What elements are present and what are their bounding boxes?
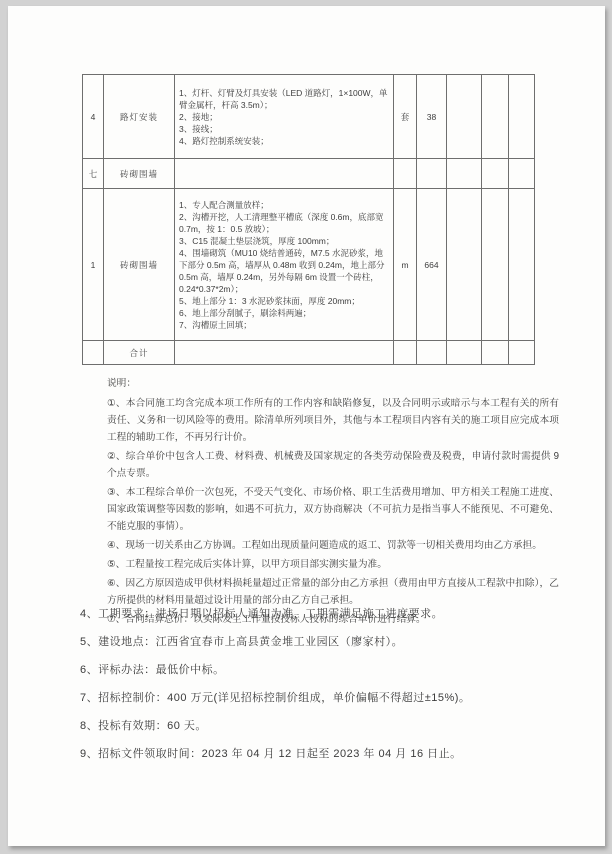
note-item-3: ③、本工程综合单价一次包死，不受天气变化、市场价格、职工生活费用增加、甲方相关工…	[107, 484, 559, 535]
clause-location: 5、建设地点：江西省宜春市上高县黄金堆工业园区（廖家村）。	[80, 634, 560, 650]
clause-control-price: 7、招标控制价：400 万元(详见招标控制价组成，单价偏幅不得超过±15%)。	[80, 690, 560, 706]
notes-heading: 说明：	[107, 375, 559, 392]
item-name-cell: 砖砌围墙	[104, 189, 175, 341]
clause-document-collection-time: 9、招标文件领取时间：2023 年 04 月 12 日起至 2023 年 04 …	[80, 746, 560, 762]
unit-cell	[394, 159, 417, 189]
empty-cell	[447, 189, 482, 341]
empty-cell	[482, 159, 509, 189]
unit-cell: 套	[394, 75, 417, 159]
seq-cell: 4	[83, 75, 104, 159]
scanned-document-page: 4 路灯安装 1、灯杆、灯臂及灯具安装（LED 道路灯，1×100W，单臂金属杆…	[8, 6, 605, 846]
seq-cell: 七	[83, 159, 104, 189]
quantity-cell: 38	[417, 75, 447, 159]
clause-evaluation-method: 6、评标办法：最低价中标。	[80, 662, 560, 678]
item-name-cell: 砖砌围墙	[104, 159, 175, 189]
bill-of-quantities-table-wrap: 4 路灯安装 1、灯杆、灯臂及灯具安装（LED 道路灯，1×100W，单臂金属杆…	[82, 74, 535, 365]
empty-cell	[509, 159, 535, 189]
empty-cell	[509, 75, 535, 159]
empty-cell	[447, 159, 482, 189]
note-item-6: ⑥、因乙方原因造成甲供材料损耗量超过正常量的部分由乙方承担（费用由甲方直接从工程…	[107, 575, 559, 609]
empty-cell	[509, 189, 535, 341]
work-description-cell	[175, 159, 394, 189]
table-row-streetlamp: 4 路灯安装 1、灯杆、灯臂及灯具安装（LED 道路灯，1×100W，单臂金属杆…	[83, 75, 535, 159]
quantity-cell	[417, 159, 447, 189]
seq-cell	[83, 341, 104, 365]
empty-cell	[509, 341, 535, 365]
seq-cell: 1	[83, 189, 104, 341]
quantity-cell: 664	[417, 189, 447, 341]
work-description-cell	[175, 341, 394, 365]
note-item-2: ②、综合单价中包含人工费、材料费、机械费及国家规定的各类劳动保险费及税费，申请付…	[107, 448, 559, 482]
item-name-cell: 路灯安装	[104, 75, 175, 159]
empty-cell	[482, 189, 509, 341]
quantity-cell	[417, 341, 447, 365]
table-row-section-brick-wall: 七 砖砌围墙	[83, 159, 535, 189]
unit-cell: m	[394, 189, 417, 341]
notes-section: 说明： ①、本合同施工均含完成本项工作所有的工作内容和缺陷修复，以及合同明示或暗…	[107, 375, 559, 630]
empty-cell	[482, 341, 509, 365]
note-item-4: ④、现场一切关系由乙方协调。工程如出现质量问题造成的返工、罚款等一切相关费用均由…	[107, 537, 559, 554]
empty-cell	[447, 341, 482, 365]
total-label-cell: 合计	[104, 341, 175, 365]
tender-clause-list: 4、工期要求：进场日期以招标人通知为准，工期需满足施工进度要求。 5、建设地点：…	[80, 606, 560, 774]
work-description-cell: 1、专人配合测量放样； 2、沟槽开挖，人工清理整平槽底（深度 0.6m，底部宽 …	[175, 189, 394, 341]
table-row-brick-wall-detail: 1 砖砌围墙 1、专人配合测量放样； 2、沟槽开挖，人工清理整平槽底（深度 0.…	[83, 189, 535, 341]
clause-duration: 4、工期要求：进场日期以招标人通知为准，工期需满足施工进度要求。	[80, 606, 560, 622]
unit-cell	[394, 341, 417, 365]
work-description-cell: 1、灯杆、灯臂及灯具安装（LED 道路灯，1×100W，单臂金属杆，杆高 3.5…	[175, 75, 394, 159]
empty-cell	[447, 75, 482, 159]
note-item-5: ⑤、工程量按工程完成后实体计算，以甲方项目部实测实量为准。	[107, 556, 559, 573]
work-items-table: 4 路灯安装 1、灯杆、灯臂及灯具安装（LED 道路灯，1×100W，单臂金属杆…	[82, 74, 535, 365]
empty-cell	[482, 75, 509, 159]
clause-bid-validity: 8、投标有效期：60 天。	[80, 718, 560, 734]
note-item-1: ①、本合同施工均含完成本项工作所有的工作内容和缺陷修复，以及合同明示或暗示与本工…	[107, 395, 559, 446]
table-row-total: 合计	[83, 341, 535, 365]
